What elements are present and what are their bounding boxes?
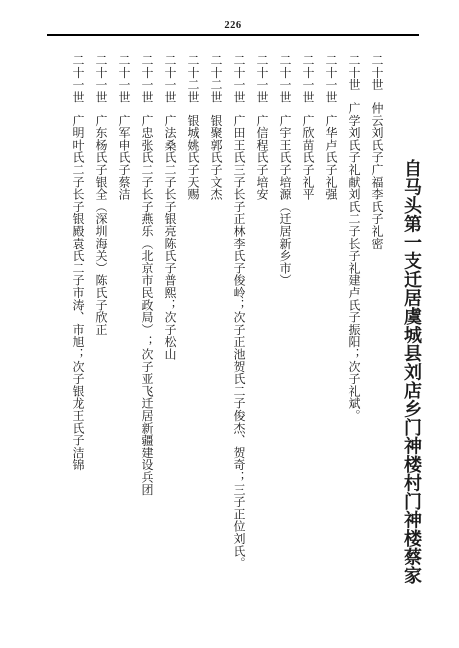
generation-label: 二十世 xyxy=(347,54,361,91)
gen-gap xyxy=(331,103,332,114)
entry-text: 广欣苗氏子礼平 xyxy=(301,114,315,200)
gen-gap xyxy=(78,103,79,114)
generation-label: 二十一世 xyxy=(232,54,246,103)
genealogy-entry: 二十二世银聚郭氏子文杰 xyxy=(209,54,222,642)
genealogy-entry: 二十一世广欣苗氏子礼平 xyxy=(301,54,314,642)
gen-gap xyxy=(262,103,263,114)
entry-text: 广忠张氏二子长子燕乐（北京市民政局）；次子亚飞迁居新疆建设兵团 xyxy=(140,114,154,495)
generation-label: 二十二世 xyxy=(186,54,200,103)
vertical-text-area: 自马头第一支迁居虞城县刘店乡门神楼村门神楼蔡家 二十世仲云刘氏子广福李氏子礼密 … xyxy=(27,54,425,642)
generation-label: 二十一世 xyxy=(278,54,292,103)
genealogy-entry: 二十一世广军申氏子蔡洁 xyxy=(117,54,130,642)
entry-text: 银城姚氏子天赐 xyxy=(186,114,200,200)
page-number: 226 xyxy=(47,19,419,36)
gen-gap xyxy=(170,103,171,114)
gen-gap xyxy=(193,103,194,114)
genealogy-entry: 二十一世广法桑氏二子长子银亮陈氏子普熙；次子松山 xyxy=(163,54,176,642)
generation-label: 二十一世 xyxy=(163,54,177,103)
gen-gap xyxy=(354,91,355,102)
entry-text: 广学刘氏子礼献刘氏二子长子礼建卢氏子振阳；次子礼斌。 xyxy=(347,102,361,422)
entry-text: 广信程氏子培安 xyxy=(255,114,269,200)
gen-gap xyxy=(124,103,125,114)
gen-gap xyxy=(308,103,309,114)
entry-text: 广田王氏三子长子正林李氏子俊岭；次子正池贺氏二子俊杰、贺奇；三子正位刘氏。 xyxy=(232,114,246,569)
entry-text: 银聚郭氏子文杰 xyxy=(209,114,223,200)
generation-label: 二十二世 xyxy=(209,54,223,103)
genealogy-entry: 二十一世广华卢氏子礼强 xyxy=(324,54,337,642)
generation-label: 二十一世 xyxy=(255,54,269,103)
genealogy-entry: 二十一世广东杨氏子银全（深圳海关）陈氏子欣正 xyxy=(94,54,107,642)
genealogy-entry: 二十一世广田王氏三子长子正林李氏子俊岭；次子正池贺氏二子俊杰、贺奇；三子正位刘氏… xyxy=(232,54,245,642)
gen-gap xyxy=(377,91,378,102)
generation-label: 二十一世 xyxy=(117,54,131,103)
genealogy-entry: 二十世仲云刘氏子广福李氏子礼密 xyxy=(370,54,383,642)
gen-gap xyxy=(147,103,148,114)
gen-gap xyxy=(101,103,102,114)
section-title: 自马头第一支迁居虞城县刘店乡门神楼村门神楼蔡家 xyxy=(399,159,425,642)
entry-text: 广军申氏子蔡洁 xyxy=(117,114,131,200)
genealogy-entry: 二十二世银城姚氏子天赐 xyxy=(186,54,199,642)
genealogy-entry: 二十世广学刘氏子礼献刘氏二子长子礼建卢氏子振阳；次子礼斌。 xyxy=(347,54,360,642)
generation-label: 二十一世 xyxy=(94,54,108,103)
generation-label: 二十世 xyxy=(370,54,384,91)
gen-gap xyxy=(239,103,240,114)
entry-text: 广东杨氏子银全（深圳海关）陈氏子欣正 xyxy=(94,114,108,335)
genealogy-entry: 二十一世广明叶氏二子长子银殿袁氏二子市涛、市旭；次子银龙王氏子洁锦 xyxy=(71,54,84,642)
genealogy-entry: 二十一世广宇王氏子培源（迁居新乡市） xyxy=(278,54,291,642)
generation-label: 二十一世 xyxy=(324,54,338,103)
generation-label: 二十一世 xyxy=(71,54,85,103)
entry-text: 广明叶氏二子长子银殿袁氏二子市涛、市旭；次子银龙王氏子洁锦 xyxy=(71,114,85,471)
genealogy-entry: 二十一世广信程氏子培安 xyxy=(255,54,268,642)
entry-text: 广法桑氏二子长子银亮陈氏子普熙；次子松山 xyxy=(163,114,177,360)
genealogy-entry: 二十一世广忠张氏二子长子燕乐（北京市民政局）；次子亚飞迁居新疆建设兵团 xyxy=(140,54,153,642)
gen-gap xyxy=(216,103,217,114)
entry-text: 广华卢氏子礼强 xyxy=(324,114,338,200)
entry-text: 仲云刘氏子广福李氏子礼密 xyxy=(370,102,384,250)
generation-label: 二十一世 xyxy=(301,54,315,103)
generation-label: 二十一世 xyxy=(140,54,154,103)
entry-text: 广宇王氏子培源（迁居新乡市） xyxy=(278,114,292,286)
genealogy-page: 226 自马头第一支迁居虞城县刘店乡门神楼村门神楼蔡家 二十世仲云刘氏子广福李氏… xyxy=(0,0,459,648)
gen-gap xyxy=(285,103,286,114)
